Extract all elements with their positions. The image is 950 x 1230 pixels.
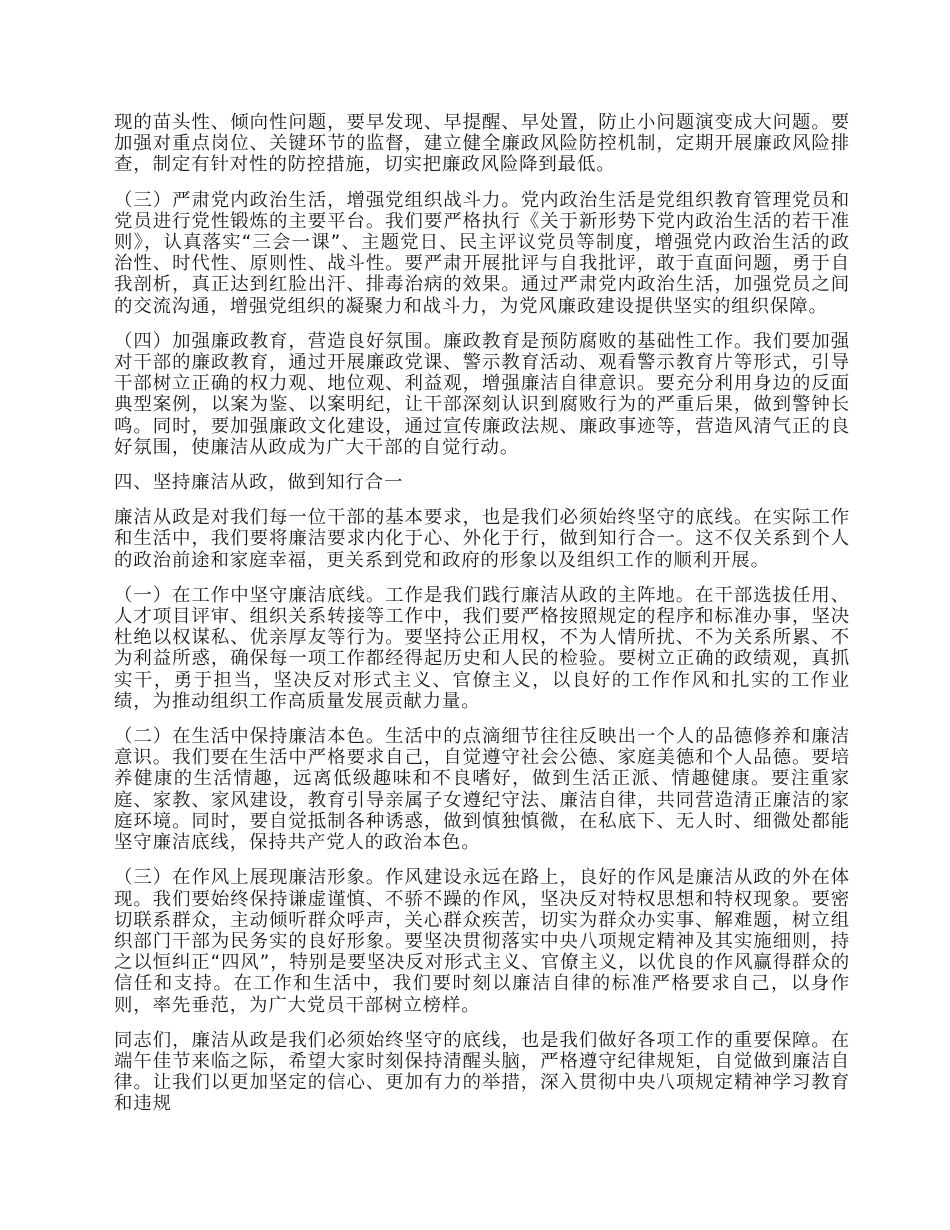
- paragraph-section-four-intro: 廉洁从政是对我们每一位干部的基本要求，也是我们必须始终坚守的底线。在实际工作和生…: [114, 507, 850, 571]
- paragraph-risk-prevention-continued: 现的苗头性、倾向性问题，要早发现、早提醒、早处置，防止小问题演变成大问题。要加强…: [114, 112, 850, 176]
- paragraph-integrity-education: （四）加强廉政教育，营造良好氛围。廉政教育是预防腐败的基础性工作。我们要加强对干…: [114, 331, 850, 458]
- paragraph-integrity-in-conduct: （三）在作风上展现廉洁形象。作风建设永远在路上，良好的作风是廉洁从政的外在体现。…: [114, 867, 850, 1015]
- paragraph-integrity-at-work: （一）在工作中坚守廉洁底线。工作是我们践行廉洁从政的主阵地。在干部选拔任用、人才…: [114, 585, 850, 712]
- paragraph-integrity-in-life: （二）在生活中保持廉洁本色。生活中的点滴细节往往反映出一个人的品德修养和廉洁意识…: [114, 726, 850, 853]
- paragraph-closing: 同志们，廉洁从政是我们必须始终坚守的底线，也是我们做好各项工作的重要保障。在端午…: [114, 1030, 850, 1115]
- section-heading-four: 四、坚持廉洁从政，做到知行合一: [114, 472, 850, 493]
- paragraph-party-political-life: （三）严肃党内政治生活，增强党组织战斗力。党内政治生活是党组织教育管理党员和党员…: [114, 190, 850, 317]
- document-page: 现的苗头性、倾向性问题，要早发现、早提醒、早处置，防止小问题演变成大问题。要加强…: [114, 112, 850, 1129]
